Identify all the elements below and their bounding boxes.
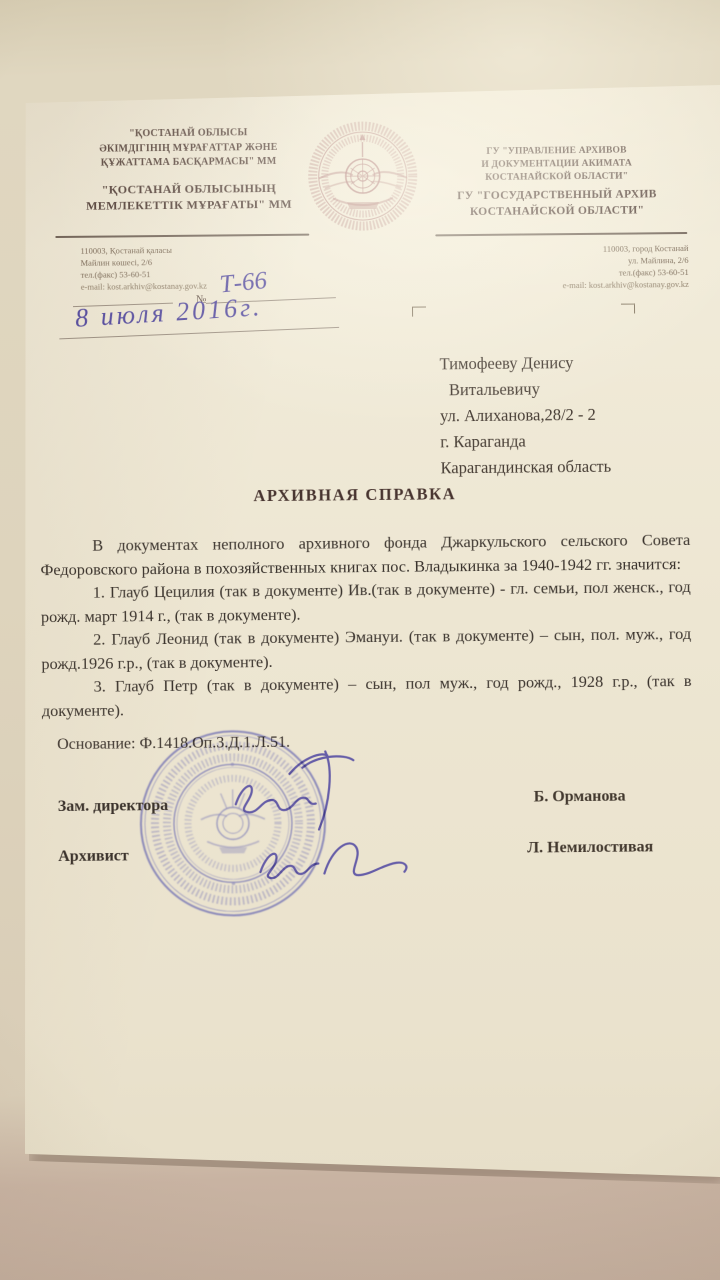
- address-corner-mark-left: [412, 306, 426, 316]
- letterhead-line: ҚҰЖАТТАМА БАСҚАРМАСЫ" ММ: [52, 154, 326, 171]
- document-body: В документах неполного архивного фонда Д…: [40, 528, 692, 722]
- body-paragraph: 1. Глауб Цецилия (так в документе) Ив.(т…: [41, 575, 691, 628]
- letterhead-line: МЕМЛЕКЕТТІК МҰРАҒАТЫ" ММ: [52, 195, 326, 214]
- recipient-line: г. Караганда: [440, 428, 611, 456]
- document-paper: "ҚОСТАНАЙ ОБЛЫСЫ ӘКІМДІГІНІҢ МҰРАҒАТТАР …: [25, 75, 720, 1177]
- recipient-block: Тимофееву Денису Витальевичу ул. Алихано…: [439, 350, 611, 482]
- recipient-line: Тимофееву Денису: [439, 350, 610, 378]
- signature-name-nemilostivaya: Л. Немилостивая: [527, 838, 653, 857]
- address-block-left: 110003, Қостанай қаласы Майлин көшесі, 2…: [80, 244, 207, 293]
- signature-ink: [197, 724, 459, 966]
- document-content: "ҚОСТАНАЙ ОБЛЫСЫ ӘКІМДІГІНІҢ МҰРАҒАТТАР …: [21, 72, 720, 1181]
- signature-role-archivist: Архивист: [58, 847, 129, 866]
- recipient-line: ул. Алиханова,28/2 - 2: [440, 402, 611, 430]
- address-corner-mark-right: [621, 303, 635, 313]
- letterhead-rule-right: [435, 232, 687, 236]
- letterhead-line: КОСТАНАЙСКОЙ ОБЛАСТИ": [427, 202, 687, 220]
- photo-of-document: "ҚОСТАНАЙ ОБЛЫСЫ ӘКІМДІГІНІҢ МҰРАҒАТТАР …: [0, 0, 720, 1280]
- address-email-line: e-mail: kost.arkhiv@kostanay.gov.kz: [81, 280, 207, 293]
- signature-name-ormanova: Б. Орманова: [534, 788, 626, 807]
- recipient-line: Карагандинская область: [440, 454, 611, 482]
- letterhead-left-org: "ҚОСТАНАЙ ОБЛЫСЫ ӘКІМДІГІНІҢ МҰРАҒАТТАР …: [51, 125, 325, 171]
- letterhead-right-org2: ГУ "ГОСУДАРСТВЕННЫЙ АРХИВ КОСТАНАЙСКОЙ О…: [427, 186, 687, 220]
- letterhead-rule-left: [55, 234, 309, 238]
- address-email-line: e-mail: kost.arkhiv@kostanay.gov.kz: [423, 278, 689, 293]
- letterhead-line: ГУ "ГОСУДАРСТВЕННЫЙ АРХИВ: [427, 186, 687, 204]
- reference-date-handwritten: 8 июля 2016г.: [74, 292, 263, 334]
- letterhead-line: КОСТАНАЙСКОЙ ОБЛАСТИ": [427, 170, 687, 185]
- address-block-right: 110003, город Костанай ул. Майлина, 2/6 …: [422, 242, 688, 293]
- signature-role-deputy-director: Зам. директора: [58, 797, 169, 816]
- document-title: АРХИВНАЯ СПРАВКА: [25, 482, 685, 508]
- letterhead-right-org: ГУ "УПРАВЛЕНИЕ АРХИВОВ И ДОКУМЕНТАЦИИ АК…: [426, 144, 686, 185]
- body-paragraph: 2. Глауб Леонид (так в документе) Эмануи…: [41, 622, 691, 675]
- kazakhstan-coat-of-arms-icon: [302, 116, 423, 237]
- body-paragraph: В документах неполного архивного фонда Д…: [40, 528, 690, 581]
- body-paragraph: 3. Глауб Петр (так в документе) – сын, п…: [42, 669, 692, 722]
- recipient-line: Витальевичу: [440, 376, 611, 404]
- letterhead-left-org2: "ҚОСТАНАЙ ОБЛЫСЫНЫҢ МЕМЛЕКЕТТІК МҰРАҒАТЫ…: [52, 179, 326, 214]
